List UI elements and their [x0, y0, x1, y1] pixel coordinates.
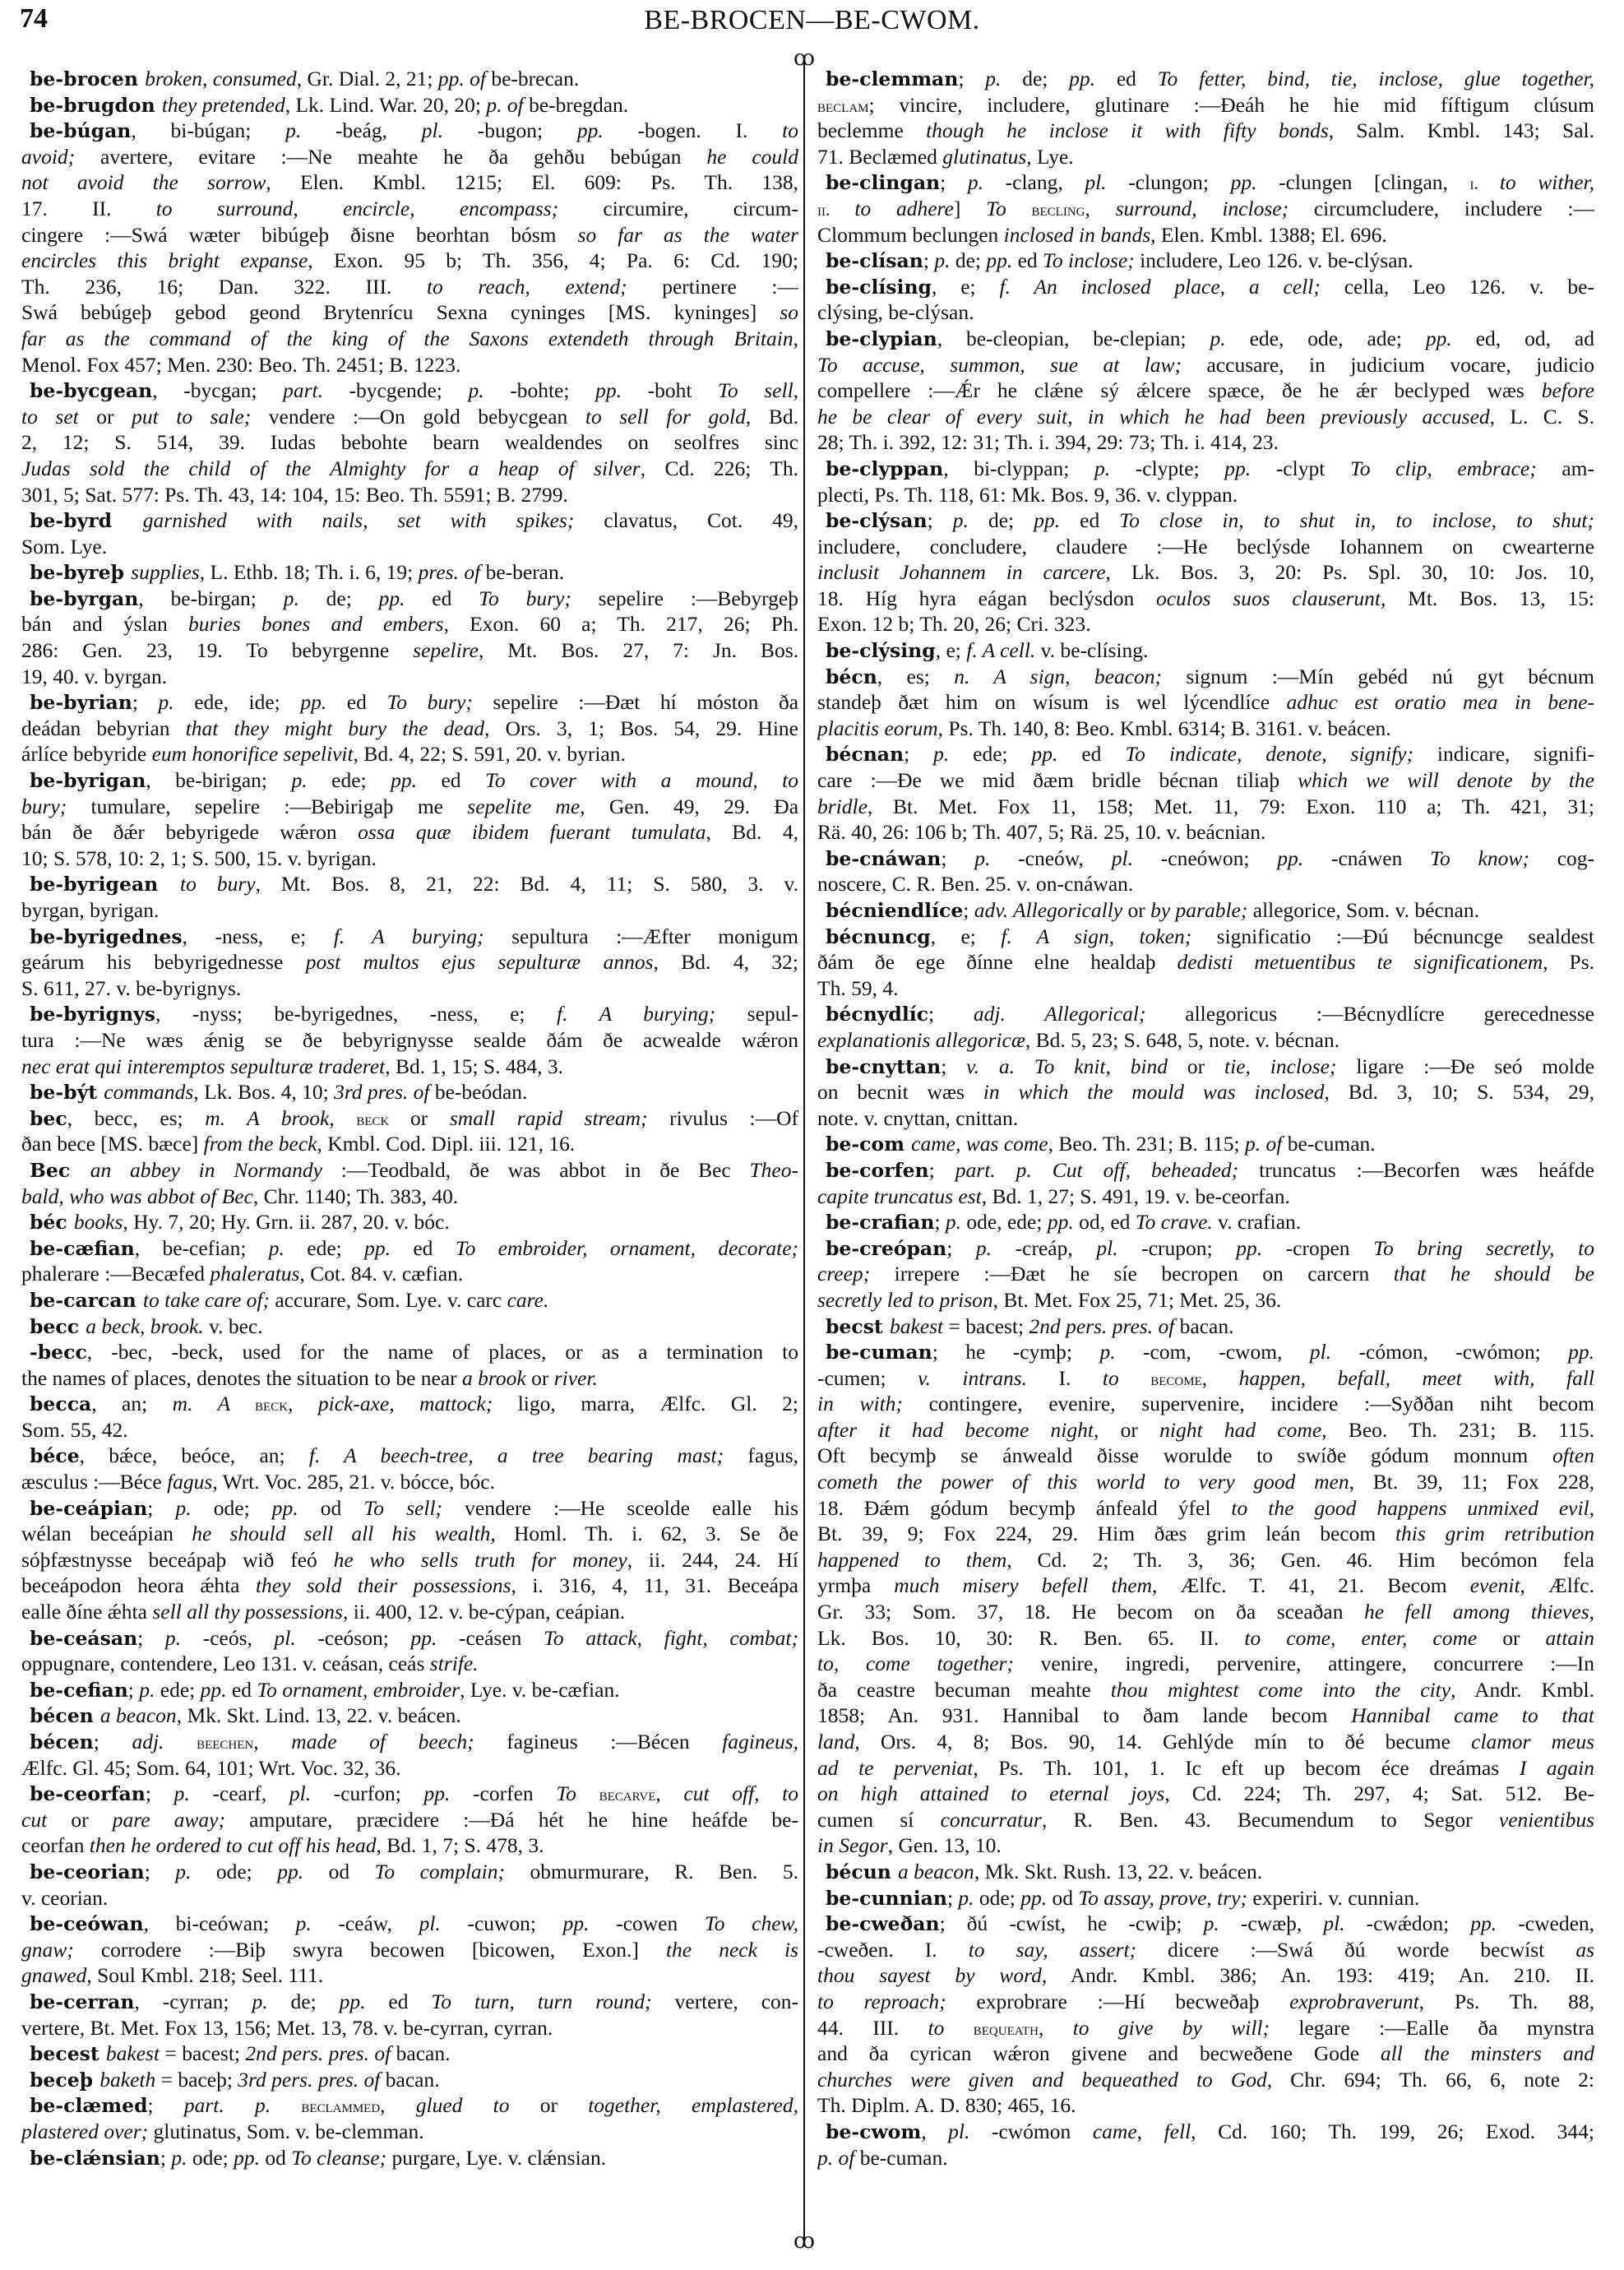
text-run: 28; Th. i. 392, 12: 31; Th. i. 394, 29: … — [817, 430, 1279, 454]
text-run: , Chr. 694; Th. 66, 6, note 2: — [1267, 2068, 1594, 2092]
headword: be-ceásan — [30, 1627, 137, 1650]
dictionary-text-line: Th. 236, 16; Dan. 322. III. to reach, ex… — [21, 274, 798, 300]
text-run: Th. 236, 16; Dan. 322. III. — [21, 275, 427, 299]
text-run: ; he -cymþ; — [932, 1340, 1100, 1364]
headword: bécen — [30, 1704, 100, 1727]
dictionary-entry-line: be-cnáwan; p. -cneów, pl. -cneówon; pp. … — [817, 845, 1594, 872]
italic-gloss: To indicate, denote, signify; — [1125, 742, 1437, 766]
dictionary-text-line: tura :—Ne wæs ǽnig se ðe bebyrignysse se… — [21, 1027, 798, 1054]
text-run: , ii. 400, 12. v. be-cýpan, ceápian. — [343, 1600, 625, 1624]
italic-gloss: on high attained to eternal joys — [817, 1781, 1164, 1805]
text-run: , or — [1094, 1418, 1159, 1442]
headword: be-clingan — [826, 171, 940, 194]
dictionary-text-line: árlíce bebyride eum honorifice sepelivit… — [21, 741, 798, 767]
text-run: , Soul Kmbl. 218; Seel. 111. — [86, 1963, 323, 1987]
headword: be-cefian — [30, 1679, 128, 1702]
text-run: , Exon. 95 b; Th. 356, 4; Pa. 6: Cd. 190… — [308, 248, 798, 272]
headword: be-cwom — [826, 2120, 921, 2143]
dictionary-entry-line: be-brocen broken, consumed, Gr. Dial. 2,… — [21, 66, 798, 92]
text-run: , Homl. Th. i. 62, 3. Se ðe — [490, 1522, 798, 1545]
italic-gloss: p. — [1210, 327, 1250, 350]
text-run: ; — [923, 248, 934, 272]
text-run: ; — [940, 170, 968, 194]
italic-gloss: pp. — [1224, 456, 1276, 480]
text-run: -cweðen. I. — [817, 1938, 969, 1962]
headword: bécen — [30, 1730, 94, 1753]
dictionary-text-line: noscere, C. R. Ben. 25. v. on-cnáwan. — [817, 871, 1594, 897]
text-run: or — [1502, 1626, 1545, 1650]
running-head: BE-BROCEN—BE-CWOM. — [0, 5, 1624, 36]
italic-gloss: to sell for gold — [585, 405, 746, 429]
text-run: ; — [160, 2146, 171, 2170]
italic-gloss: before — [1542, 378, 1594, 402]
text-run: , Ælfc. T. 41, 21. Becom — [1152, 1573, 1470, 1597]
dictionary-text-line: beceápodon heora ǽhta they sold their po… — [21, 1573, 798, 1599]
text-run: ed — [1018, 248, 1043, 272]
dictionary-text-line: bán and ýslan buries bones and embers, E… — [21, 611, 798, 637]
text-run: I. — [1027, 1366, 1103, 1390]
text-run: -ceóson; — [317, 1626, 410, 1650]
dictionary-entry-line: be-clypian, be-cleopian, be-clepian; p. … — [817, 326, 1594, 352]
dictionary-text-line: 17. II. to surround, encircle, encompass… — [21, 196, 798, 222]
text-run: Lk. Bos. 10, 30: R. Ben. 65. II. — [817, 1626, 1244, 1650]
text-run: the names of places, denotes the situati… — [21, 1366, 462, 1390]
text-run: 18. Híg hyra eágan beclýsdon — [817, 586, 1156, 610]
italic-gloss: concurratur — [941, 1808, 1042, 1832]
text-run: beclemme — [817, 118, 926, 142]
text-run: -crupon; — [1141, 1236, 1236, 1260]
headword: be-clýsan — [826, 509, 928, 532]
text-run: ; — [94, 1730, 132, 1753]
italic-gloss: pp. — [410, 1626, 459, 1650]
headword: bécnan — [826, 743, 904, 766]
italic-gloss: pp. — [272, 1496, 321, 1520]
italic-gloss: so — [780, 300, 798, 324]
text-run: tura :—Ne wæs ǽnig se ðe bebyrignysse se… — [21, 1028, 798, 1052]
dictionary-entry-line: bécnydlíc; adj. Allegorical; allegoricus… — [817, 1001, 1594, 1027]
text-run: ; — [904, 742, 933, 766]
italic-gloss: pp. — [300, 690, 346, 714]
dictionary-text-line: 1858; An. 931. Hannibal to ðam lande bec… — [817, 1702, 1594, 1729]
dictionary-text-line: Som. 55, 42. — [21, 1417, 798, 1443]
headword: be-carcan — [30, 1289, 143, 1312]
text-run: care :—Ðe we mid ðæm bridle bécnan tilia… — [817, 768, 1298, 792]
dictionary-text-line: ðan bece [MS. bæce] from the beck, Kmbl.… — [21, 1131, 798, 1157]
dictionary-entry-line: be-clæmed; part. p. beclammed, glued to … — [21, 2092, 798, 2119]
text-run: ed — [232, 1678, 257, 1702]
text-run: avertere, evitare :—Ne meahte he ða gehð… — [100, 145, 706, 169]
text-run: deádan bebyrian — [21, 716, 186, 740]
italic-gloss: sell all thy possessions — [152, 1600, 343, 1624]
dictionary-entry-line: be-být commands, Lk. Bos. 4, 10; 3rd pre… — [21, 1079, 798, 1105]
dictionary-text-line: on high attained to eternal joys, Cd. 22… — [817, 1781, 1594, 1807]
dictionary-text-line: Lk. Bos. 10, 30: R. Ben. 65. II. to come… — [817, 1625, 1594, 1652]
text-run: bacan. — [1180, 1314, 1234, 1338]
dictionary-entry-line: be-crafian; p. ode, ede; pp. od, ed To c… — [817, 1209, 1594, 1235]
dictionary-entry-line: be-ceásan; p. -ceós, pl. -ceóson; pp. -c… — [21, 1625, 798, 1652]
dictionary-entry-line: be-cerran, -cyrran; p. de; pp. ed To tur… — [21, 1989, 798, 2015]
text-run: , R. Ben. 43. Becumendum to Segor — [1042, 1808, 1499, 1832]
italic-gloss: broken, consumed — [145, 67, 297, 90]
dictionary-entry-line: be-cæfian, be-cefian; p. ede; pp. ed To … — [21, 1235, 798, 1262]
italic-gloss: pp. — [391, 768, 441, 792]
dictionary-text-line: v. ceorian. — [21, 1885, 798, 1911]
text-run: , Bd. 4, — [706, 820, 798, 844]
text-run: , Kmbl. Cod. Dipl. iii. 121, 16. — [317, 1132, 575, 1156]
italic-gloss: pp. — [364, 1236, 413, 1260]
text-run: v. bec. — [204, 1314, 263, 1338]
text-run: , bǽce, beóce, an; — [80, 1443, 309, 1467]
text-run: ; — [928, 1002, 974, 1026]
italic-gloss: p. — [159, 690, 195, 714]
italic-gloss: that he should be — [1394, 1262, 1594, 1286]
text-run: -cwómon — [992, 2119, 1093, 2143]
text-run: -cómon, -cwómon; — [1359, 1340, 1569, 1364]
italic-gloss: after it had become night — [817, 1418, 1094, 1442]
dictionary-entry-line: be-clǽnsian; p. ode; pp. od To cleanse; … — [21, 2145, 798, 2171]
italic-gloss: To cleanse; — [291, 2146, 391, 2170]
dictionary-text-line: wélan beceápian he should sell all his w… — [21, 1521, 798, 1547]
text-run: ceorfan — [21, 1833, 90, 1857]
italic-gloss: pare away; — [113, 1808, 249, 1832]
text-run: , Ælfc. — [1520, 1573, 1594, 1597]
text-run: corrodere :—Biþ swyra becowen [bicowen, … — [101, 1938, 666, 1962]
dictionary-entry-line: be-ceówan, bi-ceówan; p. -ceáw, pl. -cuw… — [21, 1911, 798, 1937]
headword: be-byrigan — [30, 769, 146, 792]
small-caps-term: beck — [356, 1109, 410, 1129]
italic-gloss: part. p. — [184, 2093, 301, 2117]
italic-gloss: thou mightest come into the city — [1111, 1678, 1450, 1702]
dictionary-text-line: 286: Gen. 23, 19. To bebyrgenne sepelire… — [21, 637, 798, 664]
dictionary-entry-line: be-clísing, e; f. An inclosed place, a c… — [817, 274, 1594, 300]
dictionary-entry-line: beceþ baketh = baceþ; 3rd pers. pres. of… — [21, 2067, 798, 2093]
italic-gloss: part. p. Cut off, beheaded; — [955, 1158, 1259, 1182]
text-run: beceápodon heora ǽhta — [21, 1573, 256, 1597]
italic-gloss: p. — [165, 1626, 203, 1650]
italic-gloss: To assay, prove, try; — [1078, 1886, 1252, 1910]
italic-gloss: To accuse, summon, sue at law; — [817, 353, 1206, 377]
italic-gloss: to the good happens unmixed evil, — [1231, 1496, 1594, 1520]
text-run: -cumen; — [817, 1366, 918, 1390]
text-run: Oft becymþ se ánweald ðisse worulde to s… — [817, 1443, 1552, 1467]
headword: be-byrian — [30, 691, 132, 714]
italic-gloss: baketh — [99, 2068, 160, 2092]
dictionary-text-line: geárum his bebyrigednesse post multos ej… — [21, 949, 798, 975]
italic-gloss: p. — [269, 1236, 307, 1260]
text-run: ; — [929, 1158, 955, 1182]
text-run: árlíce bebyride — [21, 742, 152, 766]
dictionary-text-line: Bt. 39, 9; Fox 224, 29. Him ðæs grim leá… — [817, 1521, 1594, 1547]
italic-gloss: dedisti metuentibus te significationem — [1177, 950, 1543, 974]
dictionary-entry-line: be-brugdon they pretended, Lk. Lind. War… — [21, 92, 798, 118]
headword: be-búgan — [30, 119, 131, 142]
italic-gloss: glued to — [416, 2093, 540, 2117]
text-run: , Ps. — [1543, 950, 1594, 974]
small-caps-term: becling — [1031, 199, 1085, 220]
headword: be-byrgan — [30, 587, 138, 610]
dictionary-entry-line: be-byrd garnished with nails, set with s… — [21, 507, 798, 534]
text-run: , Bd. 3, 10; S. 534, 29, — [1324, 1080, 1594, 1104]
text-run: , -nyss; be-byrigednes, -ness, e; — [155, 1002, 557, 1026]
italic-gloss: pp. — [379, 586, 433, 610]
text-run: , Andr. Kmbl. 386; An. 193: 419; An. 210… — [1042, 1963, 1594, 1987]
italic-gloss: a brook — [462, 1366, 531, 1390]
text-run: , ii. 244, 24. Hí — [627, 1548, 798, 1572]
italic-gloss: ad te perveniat — [817, 1756, 973, 1780]
italic-gloss: to reach, extend; — [427, 275, 662, 299]
dictionary-text-line: S. 611, 27. v. be-byrignys. — [21, 975, 798, 1002]
italic-gloss: not avoid the sorrow — [21, 170, 266, 194]
text-run: ligo, marra, Ælfc. Gl. 2; — [518, 1392, 798, 1415]
italic-gloss: to adhere — [854, 197, 953, 220]
headword: be-clæmed — [30, 2094, 148, 2117]
italic-gloss: though he inclose it with fifty bonds — [926, 118, 1329, 142]
text-run: ede; — [331, 768, 391, 792]
text-run: phalerare :—Becæfed — [21, 1262, 210, 1286]
dictionary-text-line: Som. Lye. — [21, 534, 798, 560]
text-run: ed — [441, 768, 485, 792]
text-run: , -cyrran; — [134, 1990, 252, 2013]
italic-gloss: p. — [933, 742, 973, 766]
text-run: be-beódan. — [435, 1080, 528, 1104]
italic-gloss: thou sayest by word — [817, 1963, 1042, 1987]
text-run: = bacest; — [949, 1314, 1029, 1338]
italic-gloss: pp. — [986, 248, 1017, 272]
text-run: , Mt. Bos. 13, 15: — [1381, 586, 1594, 610]
dictionary-text-line: 71. Beclæmed glutinatus, Lye. — [817, 144, 1594, 170]
text-run: , Bt. 39, 11; Fox 228, — [1349, 1470, 1594, 1494]
text-run: , -ness, e; — [183, 924, 334, 948]
italic-gloss: pp. — [1069, 67, 1117, 90]
dictionary-text-line: in with; contingere, evenire, supervenir… — [817, 1391, 1594, 1417]
italic-gloss: p. — [974, 846, 1018, 870]
text-run: vendere :—On gold bebycgean — [269, 405, 585, 429]
text-run: , Bd. 1, 27; S. 491, 19. v. be-ceorfan. — [982, 1184, 1290, 1208]
italic-gloss: pl. — [1112, 846, 1161, 870]
italic-gloss: to reproach; — [817, 1990, 976, 2013]
text-run: legare :—Ealle ða mynstra — [1298, 2016, 1594, 2040]
text-run: -ceós, — [203, 1626, 275, 1650]
text-run: or — [540, 2093, 588, 2117]
text-run: :—Teodbald, ðe was abbot in ðe Bec — [341, 1158, 750, 1182]
italic-gloss: pp. — [563, 1911, 617, 1935]
small-caps-term: ii. — [817, 199, 854, 220]
text-run: -cropen — [1286, 1236, 1373, 1260]
text-run: , be-birigan; — [146, 768, 291, 792]
dictionary-text-line: bridle, Bt. Met. Fox 11, 158; Met. 11, 7… — [817, 794, 1594, 820]
text-run: , Andr. Kmbl. — [1450, 1678, 1594, 1702]
text-run: ealle ðíne ǽhta — [21, 1600, 152, 1624]
dictionary-text-line: secretly led to prison, Bt. Met. Fox 25,… — [817, 1287, 1594, 1313]
italic-gloss: p. — [934, 248, 955, 272]
text-run: wélan beceápian — [21, 1522, 192, 1545]
italic-gloss: pp. — [1020, 1886, 1052, 1910]
text-run: significatio :—Ðú bécnuncge sealdest — [1217, 924, 1594, 948]
italic-gloss: a beacon — [898, 1860, 974, 1883]
text-run: ; vincire, includere, glutinare :—Ðeáh h… — [869, 93, 1594, 117]
text-run: bacan. — [396, 2041, 451, 2065]
headword: be-clísan — [826, 249, 923, 272]
italic-gloss: pp. — [1236, 1236, 1286, 1260]
dictionary-entry-line: bécn, es; n. A sign, beacon; signum :—Mí… — [817, 664, 1594, 690]
dictionary-text-line: cingere :—Swá wæter bibúgeþ ðisne beorht… — [21, 222, 798, 248]
text-run: bacan. — [386, 2068, 440, 2092]
italic-gloss: p. — [1204, 1911, 1241, 1935]
text-run: 301, 5; Sat. 577: Ps. Th. 43, 14: 104, 1… — [21, 483, 568, 507]
italic-gloss: v. intrans. — [918, 1366, 1027, 1390]
text-run: -clungen [clingan, — [1279, 170, 1469, 194]
text-run: be-brecan. — [491, 67, 579, 90]
italic-gloss: pl. — [1096, 1236, 1141, 1260]
italic-gloss: To sell, — [718, 378, 798, 402]
headword: be-brocen — [30, 67, 145, 90]
italic-gloss: often — [1552, 1443, 1594, 1467]
text-run: , es; — [877, 665, 954, 688]
italic-gloss: f. A sign, token; — [1001, 924, 1216, 948]
dictionary-entry-line: be-bycgean, -bycgan; part. -bycgende; p.… — [21, 378, 798, 404]
text-run: ed — [432, 586, 479, 610]
text-run: Som. Lye. — [21, 535, 107, 558]
dictionary-text-line: -cweðen. I. to say, assert; dicere :—Swá… — [817, 1937, 1594, 1963]
text-run: ] — [954, 197, 986, 220]
headword: bécn — [826, 665, 877, 688]
text-run: purgare, Lye. v. clǽnsian. — [392, 2146, 607, 2170]
text-run: -cearf, — [212, 1781, 289, 1805]
italic-gloss: p. — [174, 1781, 213, 1805]
dictionary-text-line: cometh the power of this world to very g… — [817, 1469, 1594, 1495]
dictionary-text-line: 10; S. 578, 10: 2, 1; S. 500, 15. v. byr… — [21, 845, 798, 872]
text-run: ðan bece [MS. bæce] — [21, 1132, 204, 1156]
text-run: ede; — [307, 1236, 364, 1260]
text-run: exprobrare :—Hí becweðaþ — [976, 1990, 1289, 2013]
text-run: am- — [1562, 456, 1594, 480]
text-run: ode; — [216, 1860, 277, 1883]
italic-gloss: night had come — [1159, 1418, 1321, 1442]
italic-gloss: to surround, encircle, encompass; — [156, 197, 604, 220]
text-run: -cwǽdon; — [1367, 1911, 1471, 1935]
italic-gloss: sepelite me — [467, 794, 580, 818]
italic-gloss: pl. — [948, 2119, 992, 2143]
text-run: ed — [347, 690, 387, 714]
headword: bécniendlíce — [826, 899, 963, 922]
text-run: ; — [128, 1678, 139, 1702]
text-run: ed — [388, 1990, 431, 2013]
text-run: clavatus, Cot. 49, — [604, 508, 798, 532]
dictionary-text-line: care :—Ðe we mid ðæm bridle bécnan tilia… — [817, 767, 1594, 794]
italic-gloss: f. A cell. — [966, 638, 1035, 662]
italic-gloss: To crave. — [1136, 1210, 1213, 1234]
headword: becest — [30, 2042, 106, 2065]
text-run: or — [1187, 1054, 1224, 1078]
text-run: ; — [928, 508, 953, 532]
italic-gloss: attain — [1545, 1626, 1594, 1650]
italic-gloss: to say, assert; — [969, 1938, 1168, 1962]
text-run: , Ps. Th. 88, — [1419, 1990, 1594, 2013]
dictionary-entry-line: béc books, Hy. 7, 20; Hy. Grn. ii. 287, … — [21, 1209, 798, 1235]
italic-gloss: churches were given and bequeathed to Go… — [817, 2068, 1267, 2092]
italic-gloss: cut — [21, 1808, 71, 1832]
text-run: v. crafian. — [1213, 1210, 1301, 1234]
text-run: ode; — [214, 1496, 272, 1520]
headword: be-crafian — [826, 1211, 934, 1234]
headword: be-brugdon — [30, 94, 162, 117]
italic-gloss: To — [556, 1781, 599, 1805]
text-run: or — [410, 1106, 450, 1130]
text-run: , Bt. Met. Fox 11, 158; Met. 11, 79: Exo… — [868, 794, 1594, 818]
text-run: dicere :—Swá ðú worde becwíst — [1168, 1938, 1575, 1962]
text-run: -bycgende; — [349, 378, 469, 402]
italic-gloss: phaleratus — [210, 1262, 299, 1286]
dictionary-text-line: in Segor, Gen. 13, 10. — [817, 1832, 1594, 1859]
text-run: , e; — [932, 275, 1000, 299]
headword: be-corfen — [826, 1159, 929, 1182]
text-run: , Ps. Th. 140, 8: Beo. Kmbl. 6314; B. 31… — [938, 716, 1391, 740]
text-run: contingere, evenire, supervenire, incide… — [929, 1392, 1594, 1415]
italic-gloss: pp. — [1048, 1210, 1079, 1234]
text-run: cella, Leo 126. v. be- — [1344, 275, 1594, 299]
dictionary-text-line: the names of places, denotes the situati… — [21, 1365, 798, 1392]
headword: be-byrigednes — [30, 925, 183, 948]
text-run: compellere :—Ǽr he clǽne sý ǽlcere spæce… — [817, 378, 1542, 402]
text-run: , Bd. 5, 23; S. 648, 5, note. v. bécnan. — [1025, 1028, 1339, 1052]
italic-gloss: bald, who was abbot of Bec — [21, 1184, 253, 1208]
text-run: ed — [1117, 67, 1158, 90]
headword: beceþ — [30, 2068, 99, 2092]
dictionary-entry-line: be-búgan, bi-búgan; p. -beág, pl. -bugon… — [21, 118, 798, 144]
column-ornament-bottom-icon: ꝏ — [793, 2231, 815, 2252]
text-run: -beág, — [335, 118, 422, 142]
small-caps-term: beck — [255, 1394, 288, 1415]
dictionary-text-line: capite truncatus est, Bd. 1, 27; S. 491,… — [817, 1184, 1594, 1210]
italic-gloss: Theo- — [750, 1158, 799, 1182]
text-run: cog- — [1557, 846, 1594, 870]
text-run: Rä. 40, 26: 106 b; Th. 407, 5; Rä. 25, 1… — [817, 820, 1265, 844]
italic-gloss: in Segor — [817, 1833, 888, 1857]
text-run: de; — [326, 586, 379, 610]
dictionary-text-line: plastered over; glutinatus, Som. v. be-c… — [21, 2119, 798, 2145]
dictionary-text-line: ad te perveniat, Ps. Th. 101, 1. Ic eft … — [817, 1755, 1594, 1781]
text-run: circumire, circum- — [603, 197, 798, 220]
dictionary-entry-line: be-carcan to take care of; accurare, Som… — [21, 1287, 798, 1313]
dictionary-text-line: gnaw; corrodere :—Biþ swyra becowen [bic… — [21, 1937, 798, 1963]
italic-gloss: they pretended — [162, 93, 285, 117]
dictionary-entry-line: be-byrigan, be-birigan; p. ede; pp. ed T… — [21, 767, 798, 794]
text-run: accurare, Som. Lye. v. carc — [275, 1288, 507, 1312]
text-run: tumulare, sepelire :—Bebirigaþ me — [91, 794, 468, 818]
italic-gloss: that they might bury the dead — [186, 716, 484, 740]
text-run: , Hy. 7, 20; Hy. Grn. ii. 287, 20. v. bó… — [123, 1210, 449, 1234]
text-run: , Cd. 2; Th. 3, 36; Gen. 46. Him becómon… — [1006, 1548, 1594, 1572]
italic-gloss: supplies — [131, 560, 200, 584]
text-run: circumcludere, includere :— — [1314, 197, 1594, 220]
text-run: sepelire :—Bebyrgeþ — [599, 586, 798, 610]
italic-gloss: gnaw; — [21, 1938, 101, 1962]
text-run: obmurmurare, R. Ben. 5. — [530, 1860, 798, 1883]
headword: becca — [30, 1392, 91, 1415]
dictionary-text-line: Rä. 40, 26: 106 b; Th. 407, 5; Rä. 25, 1… — [817, 819, 1594, 845]
dictionary-text-line: explanationis allegoricæ, Bd. 5, 23; S. … — [817, 1027, 1594, 1054]
italic-gloss: he fell among thieves — [1364, 1600, 1589, 1624]
headword: be-clemman — [826, 67, 958, 90]
dictionary-text-line: Ælfc. Gl. 45; Som. 64, 101; Wrt. Voc. 32… — [21, 1755, 798, 1781]
text-run: , -bycgan; — [152, 378, 283, 402]
italic-gloss: f. A burying; — [557, 1002, 747, 1026]
text-run: = bacest; — [164, 2041, 245, 2065]
italic-gloss: To close in, to shut in, to inclose, to … — [1119, 508, 1594, 532]
italic-gloss: bakest — [890, 1314, 949, 1338]
dictionary-text-line: deádan bebyrian that they might bury the… — [21, 716, 798, 742]
text-run: signum :—Mín gebéd nú gyt bécnum — [1186, 665, 1594, 688]
